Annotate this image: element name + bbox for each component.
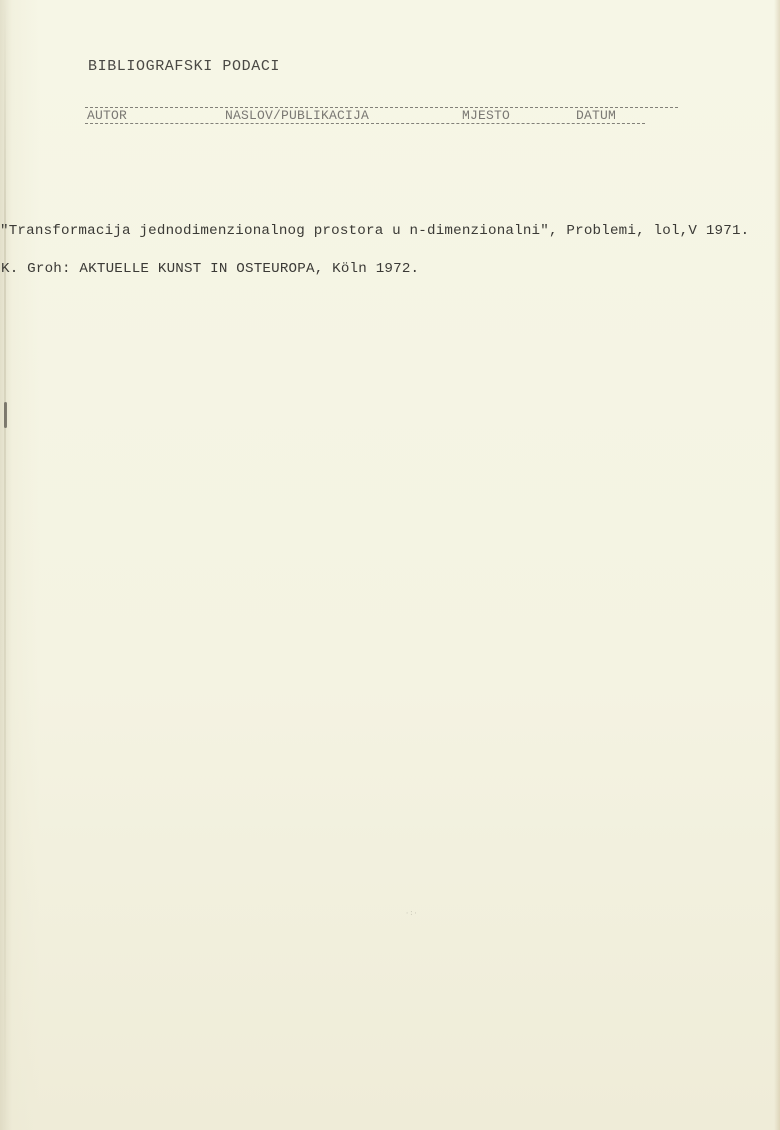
column-mjesto: MJESTO: [462, 108, 510, 123]
bibliography-entry: "Transformacija jednodimenzionalnog pros…: [0, 223, 749, 239]
page-left-edge: [4, 0, 6, 1130]
document-heading: BIBLIOGRAFSKI PODACI: [88, 58, 280, 75]
document-page: BIBLIOGRAFSKI PODACI AUTOR NASLOV/PUBLIK…: [0, 0, 780, 1130]
header-bottom-rule: [85, 123, 645, 124]
bibliography-entry: K. Groh: AKTUELLE KUNST IN OSTEUROPA, Kö…: [1, 261, 419, 277]
column-header-row: AUTOR NASLOV/PUBLIKACIJA MJESTO DATUM: [85, 104, 678, 130]
column-datum: DATUM: [576, 108, 616, 123]
column-naslov-publikacija: NASLOV/PUBLIKACIJA: [225, 108, 369, 123]
binding-mark: [4, 402, 7, 428]
stray-mark: ·:·: [405, 910, 419, 916]
column-autor: AUTOR: [87, 108, 127, 123]
